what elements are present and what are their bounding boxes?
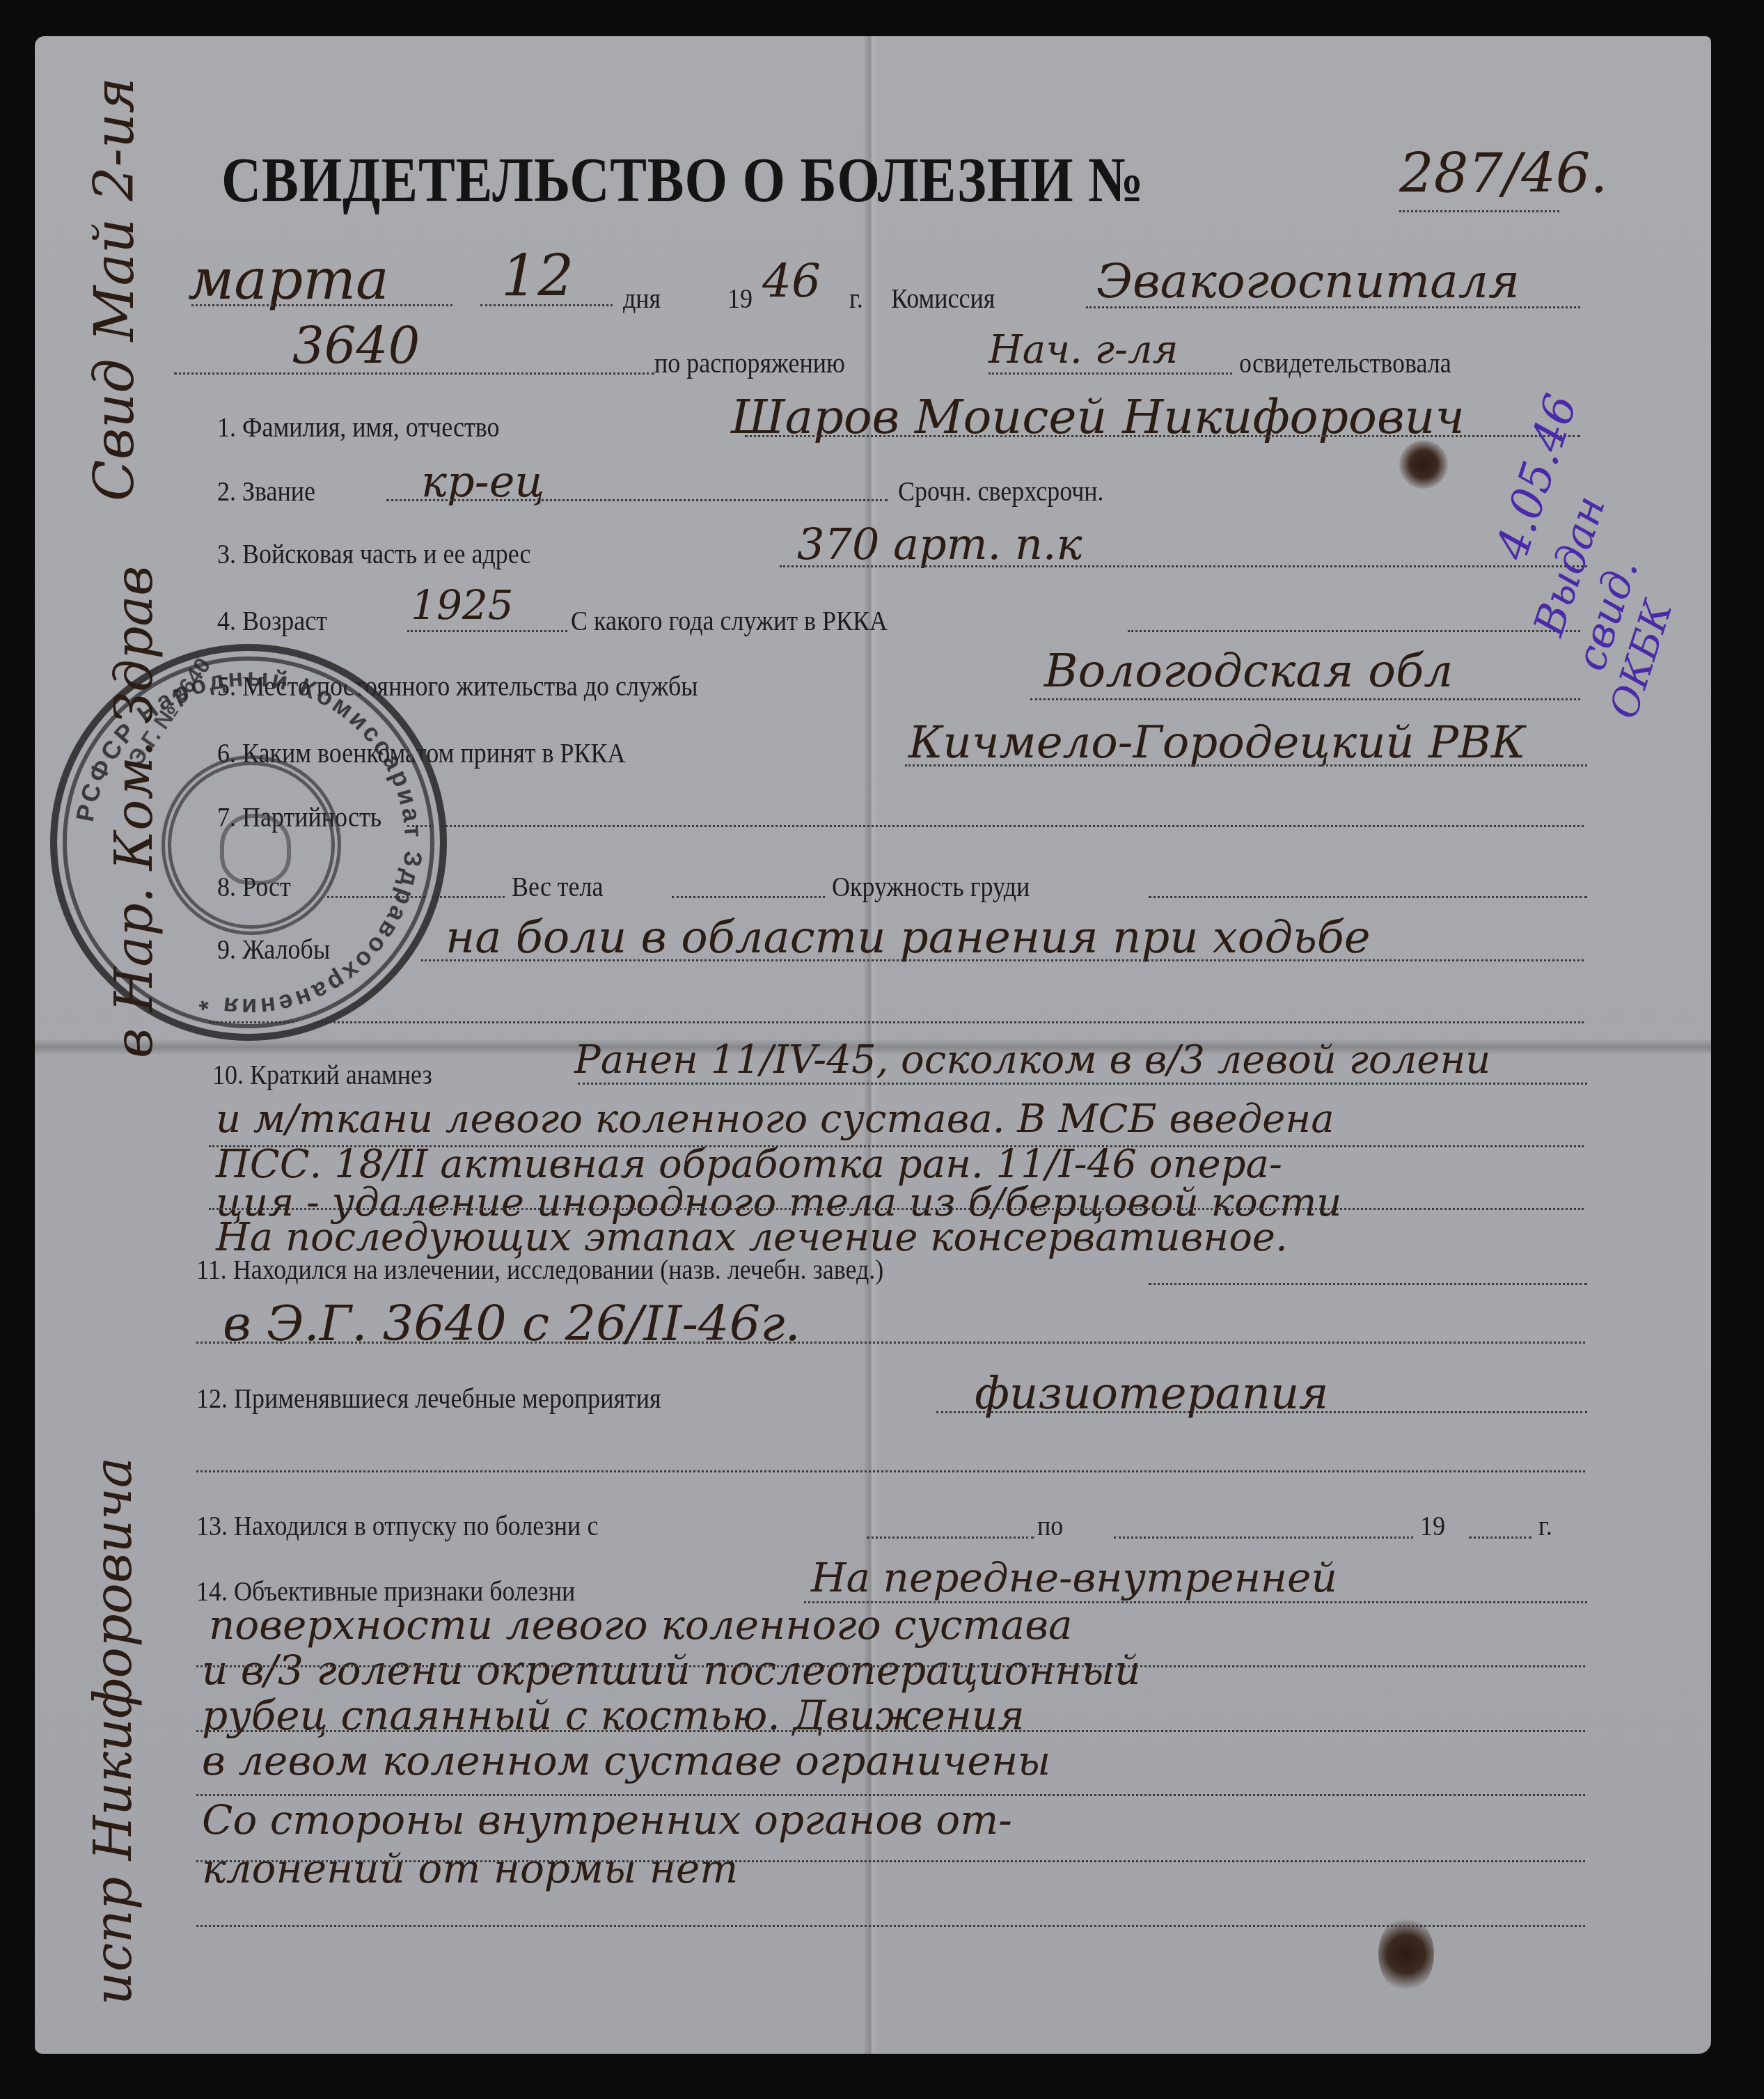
year-suffix: 46 bbox=[762, 254, 821, 308]
signs-line-1: На передне-внутренней bbox=[811, 1554, 1337, 1601]
signs-line-3: и в/3 голени окрепший послеоперационный bbox=[202, 1646, 1140, 1694]
ink-stain bbox=[1399, 440, 1448, 489]
field-8-weight-label: Вес тела bbox=[512, 870, 604, 903]
field-14-line-5 bbox=[196, 1860, 1585, 1862]
signs-line-2: поверхности левого коленного сустава bbox=[209, 1601, 1073, 1649]
field-10-line-2 bbox=[209, 1145, 1584, 1147]
field-13-to-label: по bbox=[1037, 1509, 1063, 1542]
field-4-value: 1925 bbox=[411, 581, 514, 629]
field-6-value: Кичмело-Городецкий РВК bbox=[908, 717, 1526, 769]
commission-value: Эвакогоспиталя bbox=[1096, 254, 1520, 309]
hospital-line bbox=[174, 372, 654, 375]
label-day: дня bbox=[623, 282, 661, 315]
field-7-line bbox=[407, 825, 1584, 827]
margin-note-2: в Нар. Ком. Здрав bbox=[104, 566, 164, 1058]
certificate-number: 287/46. bbox=[1399, 143, 1607, 205]
field-10-line-3 bbox=[209, 1208, 1584, 1210]
field-10-line-1 bbox=[578, 1083, 1587, 1085]
commission-line bbox=[1086, 306, 1580, 308]
field-10-label: 10. Краткий анамнез bbox=[212, 1058, 432, 1091]
label-by-order: по распоряжению bbox=[654, 347, 845, 379]
field-8-weight-line bbox=[672, 896, 825, 898]
field-5-value: Вологодская обл bbox=[1044, 644, 1453, 698]
field-2-extra-label: Срочн. сверхсрочн. bbox=[898, 475, 1104, 508]
field-13-year-line bbox=[1469, 1536, 1531, 1539]
field-9-value: на боли в области ранения при ходьбе bbox=[446, 912, 1371, 964]
field-11-line-2 bbox=[196, 1342, 1585, 1344]
field-4-extra-line bbox=[1128, 630, 1580, 632]
field-1-label: 1. Фамилия, имя, отчество bbox=[217, 411, 500, 443]
field-14-line-2 bbox=[196, 1665, 1585, 1667]
field-2-line bbox=[386, 499, 888, 501]
field-5-line bbox=[1030, 698, 1580, 700]
field-3-line bbox=[780, 565, 1587, 567]
label-examined: освидетельствовала bbox=[1239, 347, 1451, 379]
field-12-label: 12. Применявшиеся лечебные мероприятия bbox=[196, 1382, 661, 1415]
field-3-value: 370 арт. п.к bbox=[797, 519, 1082, 569]
field-13-g-label: г. bbox=[1538, 1509, 1552, 1542]
field-14-line-6 bbox=[196, 1925, 1585, 1927]
field-14-line-3 bbox=[196, 1730, 1585, 1732]
field-6-line bbox=[905, 764, 1587, 767]
hospital-number: 3640 bbox=[292, 317, 420, 375]
field-12-line-1 bbox=[936, 1411, 1587, 1413]
margin-note-1: Свид Май 2-ия bbox=[84, 77, 146, 501]
margin-note-3: испр Никифоровича bbox=[84, 1457, 143, 2005]
anamnesis-line-1: Ранен 11/IV-45, осколком в в/3 левой гол… bbox=[574, 1037, 1490, 1083]
field-8-chest-line bbox=[1149, 896, 1587, 898]
field-13-to-line bbox=[1114, 1536, 1413, 1539]
field-13-from-line bbox=[867, 1536, 1034, 1539]
coat-of-arms-icon bbox=[220, 814, 291, 885]
field-13-label: 13. Находился в отпуску по болезни с bbox=[196, 1509, 598, 1542]
field-12-line-2 bbox=[196, 1470, 1585, 1472]
field-1-line bbox=[745, 435, 1580, 437]
field-9-line bbox=[421, 959, 1584, 961]
field-4-extra-label: С какого года служит в РККА bbox=[571, 604, 888, 637]
date-month-line bbox=[191, 304, 452, 306]
date-month: марта bbox=[188, 247, 389, 312]
date-day: 12 bbox=[501, 244, 574, 310]
field-11-label: 11. Находился на излечении, исследовании… bbox=[196, 1253, 883, 1286]
stamp-inner-ring bbox=[162, 755, 341, 935]
label-commission: Комиссия bbox=[891, 282, 995, 315]
document-title: СВИДЕТЕЛЬСТВО О БОЛЕЗНИ № bbox=[221, 143, 1144, 217]
ink-stain bbox=[1378, 1916, 1434, 1992]
title-text: СВИДЕТЕЛЬСТВО О БОЛЕЗНИ № bbox=[221, 144, 1144, 215]
field-8-chest-label: Окружность груди bbox=[832, 870, 1030, 903]
field-11-line-1 bbox=[1149, 1283, 1587, 1285]
signs-line-7: клонений от нормы нет bbox=[202, 1845, 738, 1892]
anamnesis-line-2: и м/ткани левого коленного сустава. В МС… bbox=[216, 1096, 1334, 1142]
label-year-prefix: 19 bbox=[727, 282, 753, 315]
field-14-line-4 bbox=[196, 1794, 1585, 1796]
field-13-year-label: 19 bbox=[1420, 1509, 1445, 1542]
by-order-line bbox=[989, 372, 1232, 375]
date-day-line bbox=[480, 304, 613, 306]
by-order-value: Нач. г-ля bbox=[989, 327, 1179, 372]
label-year: г. bbox=[849, 282, 863, 315]
signs-line-6: Со стороны внутренних органов от- bbox=[202, 1796, 1012, 1843]
number-line bbox=[1399, 210, 1559, 212]
field-4-line bbox=[407, 630, 567, 632]
field-4-label: 4. Возраст bbox=[217, 604, 327, 637]
signs-line-5: в левом коленном суставе ограничены bbox=[202, 1737, 1050, 1784]
field-2-label: 2. Звание bbox=[217, 475, 315, 508]
field-3-label: 3. Войсковая часть и ее адрес bbox=[217, 537, 531, 570]
